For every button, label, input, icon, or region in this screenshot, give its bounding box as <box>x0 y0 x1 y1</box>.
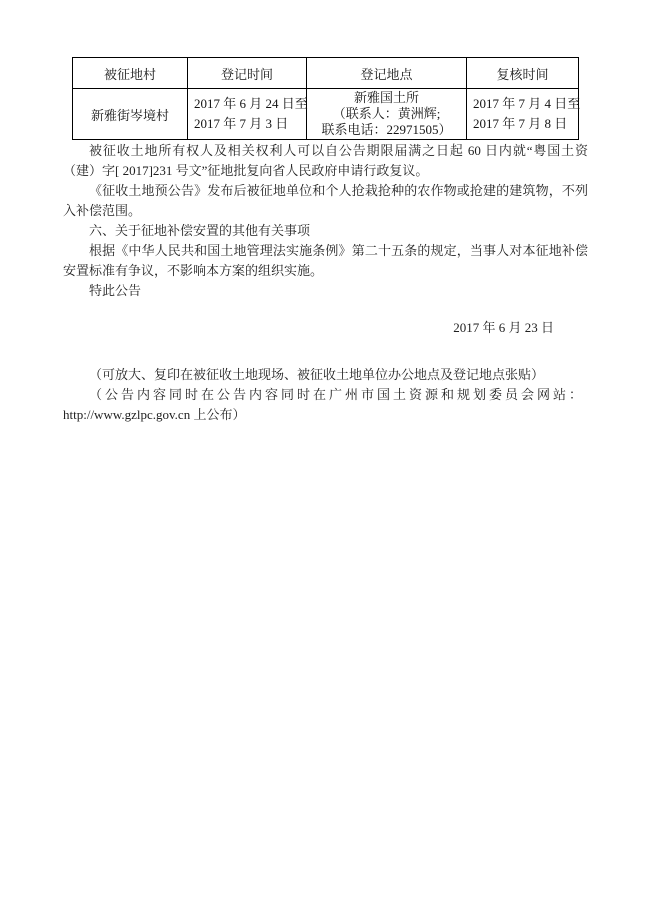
location-office: 新雅国土所 <box>307 90 466 106</box>
col-header-registration-location: 登记地点 <box>307 58 467 89</box>
cell-review-time: 2017 年 7 月 4 日至 2017 年 7 月 8 日 <box>467 89 579 140</box>
col-header-registration-time: 登记时间 <box>188 58 307 89</box>
table-header-row: 被征地村 登记时间 登记地点 复核时间 <box>73 58 579 89</box>
cell-registration-time: 2017 年 6 月 24 日至 2017 年 7 月 3 日 <box>188 89 307 140</box>
review-time-line1: 2017 年 7 月 4 日至 <box>473 94 578 114</box>
col-header-village: 被征地村 <box>73 58 188 89</box>
cell-registration-location: 新雅国土所 （联系人：黄洲辉; 联系电话：22971505） <box>307 89 467 140</box>
paragraph-no-compensation: 《征收土地预公告》发布后被征地单位和个人抢栽抢种的农作物或抢建的建筑物，不列入补… <box>63 181 588 221</box>
location-contact-person: （联系人：黄洲辉; <box>307 106 466 122</box>
announcement-date: 2017 年 6 月 23 日 <box>63 318 588 338</box>
registration-time-line1: 2017 年 6 月 24 日至 <box>194 94 306 114</box>
table-row: 新雅街岑境村 2017 年 6 月 24 日至 2017 年 7 月 3 日 新… <box>73 89 579 140</box>
note-website-intro: （公告内容同时在公告内容同时在广州市国土资源和规划委员会网站： <box>63 385 588 405</box>
location-contact-phone: 联系电话：22971505） <box>307 122 466 138</box>
paragraph-administrative-review: 被征收土地所有权人及相关权利人可以自公告期限届满之日起 60 日内就“粤国土资（… <box>63 141 588 181</box>
section-heading-six: 六、关于征地补偿安置的其他有关事项 <box>63 221 588 241</box>
body-text-block: 被征收土地所有权人及相关权利人可以自公告期限届满之日起 60 日内就“粤国土资（… <box>63 141 588 425</box>
note-posting-locations: （可放大、复印在被征收土地现场、被征收土地单位办公地点及登记地点张贴） <box>63 365 588 385</box>
document-page: 被征地村 登记时间 登记地点 复核时间 新雅街岑境村 2017 年 6 月 24… <box>0 0 650 919</box>
registration-time-line2: 2017 年 7 月 3 日 <box>194 114 306 134</box>
paragraph-dispute-clause: 根据《中华人民共和国土地管理法实施条例》第二十五条的规定，当事人对本征地补偿安置… <box>63 241 588 281</box>
note-website-url: http://www.gzlpc.gov.cn 上公布） <box>63 405 588 425</box>
cell-village: 新雅街岑境村 <box>73 89 188 140</box>
col-header-review-time: 复核时间 <box>467 58 579 89</box>
registration-table: 被征地村 登记时间 登记地点 复核时间 新雅街岑境村 2017 年 6 月 24… <box>72 57 579 140</box>
review-time-line2: 2017 年 7 月 8 日 <box>473 114 578 134</box>
closing-statement: 特此公告 <box>63 281 588 301</box>
